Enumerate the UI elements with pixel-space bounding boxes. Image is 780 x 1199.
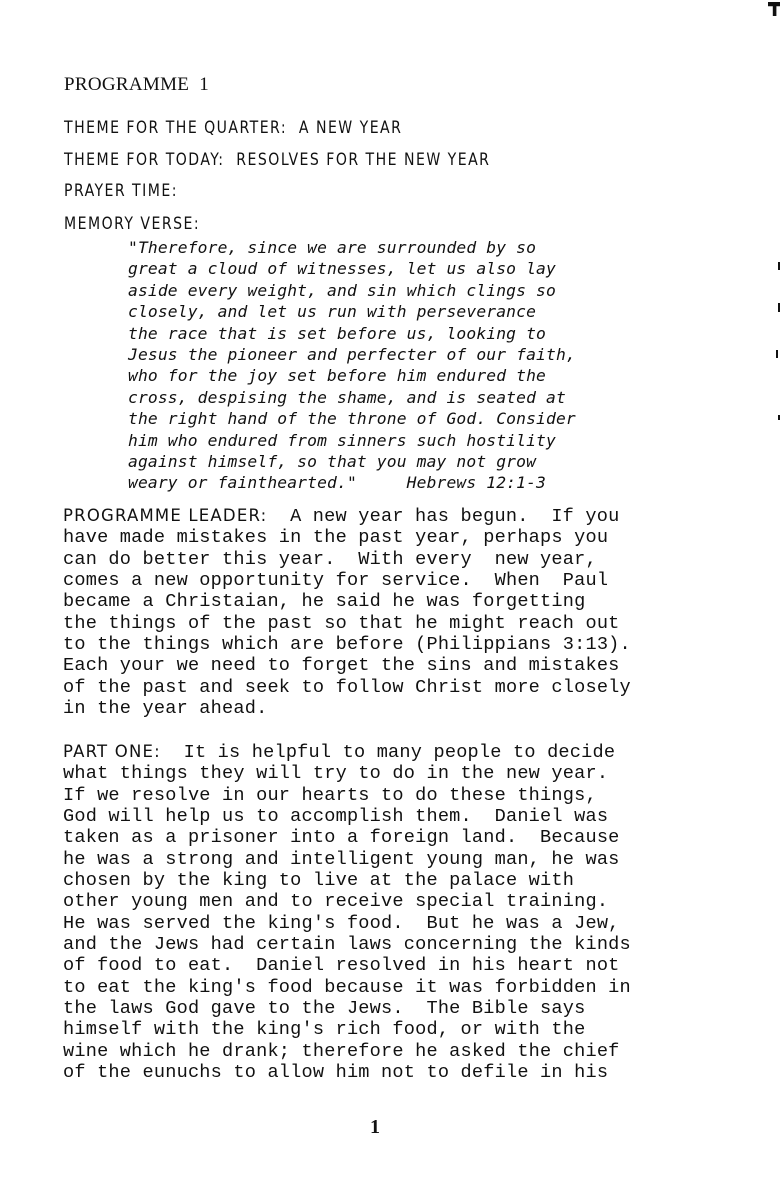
scan-edge-mark — [776, 350, 778, 358]
memory-verse-heading: MEMORY VERSE: — [64, 214, 200, 234]
programme-leader-paragraph: PROGRAMME LEADER: A new year has begun. … — [63, 505, 631, 719]
scan-edge-mark — [768, 2, 780, 16]
programme-title: PROGRAMME 1 — [64, 74, 209, 96]
theme-for-today: THEME FOR TODAY: RESOLVES FOR THE NEW YE… — [64, 150, 490, 170]
part-one-label: PART ONE: — [63, 742, 161, 761]
document-page: PROGRAMME 1 THEME FOR THE QUARTER: A NEW… — [0, 0, 780, 1199]
part-one-paragraph: PART ONE: It is helpful to many people t… — [63, 741, 631, 1084]
page-number: 1 — [370, 1116, 380, 1139]
part-one-text: It is helpful to many people to decide w… — [63, 742, 631, 1083]
programme-leader-text: A new year has begun. If you have made m… — [63, 506, 631, 719]
programme-leader-label: PROGRAMME LEADER: — [63, 506, 267, 525]
memory-verse-text: "Therefore, since we are surrounded by s… — [128, 237, 576, 494]
theme-for-quarter: THEME FOR THE QUARTER: A NEW YEAR — [64, 118, 402, 138]
prayer-time-heading: PRAYER TIME: — [64, 181, 178, 201]
